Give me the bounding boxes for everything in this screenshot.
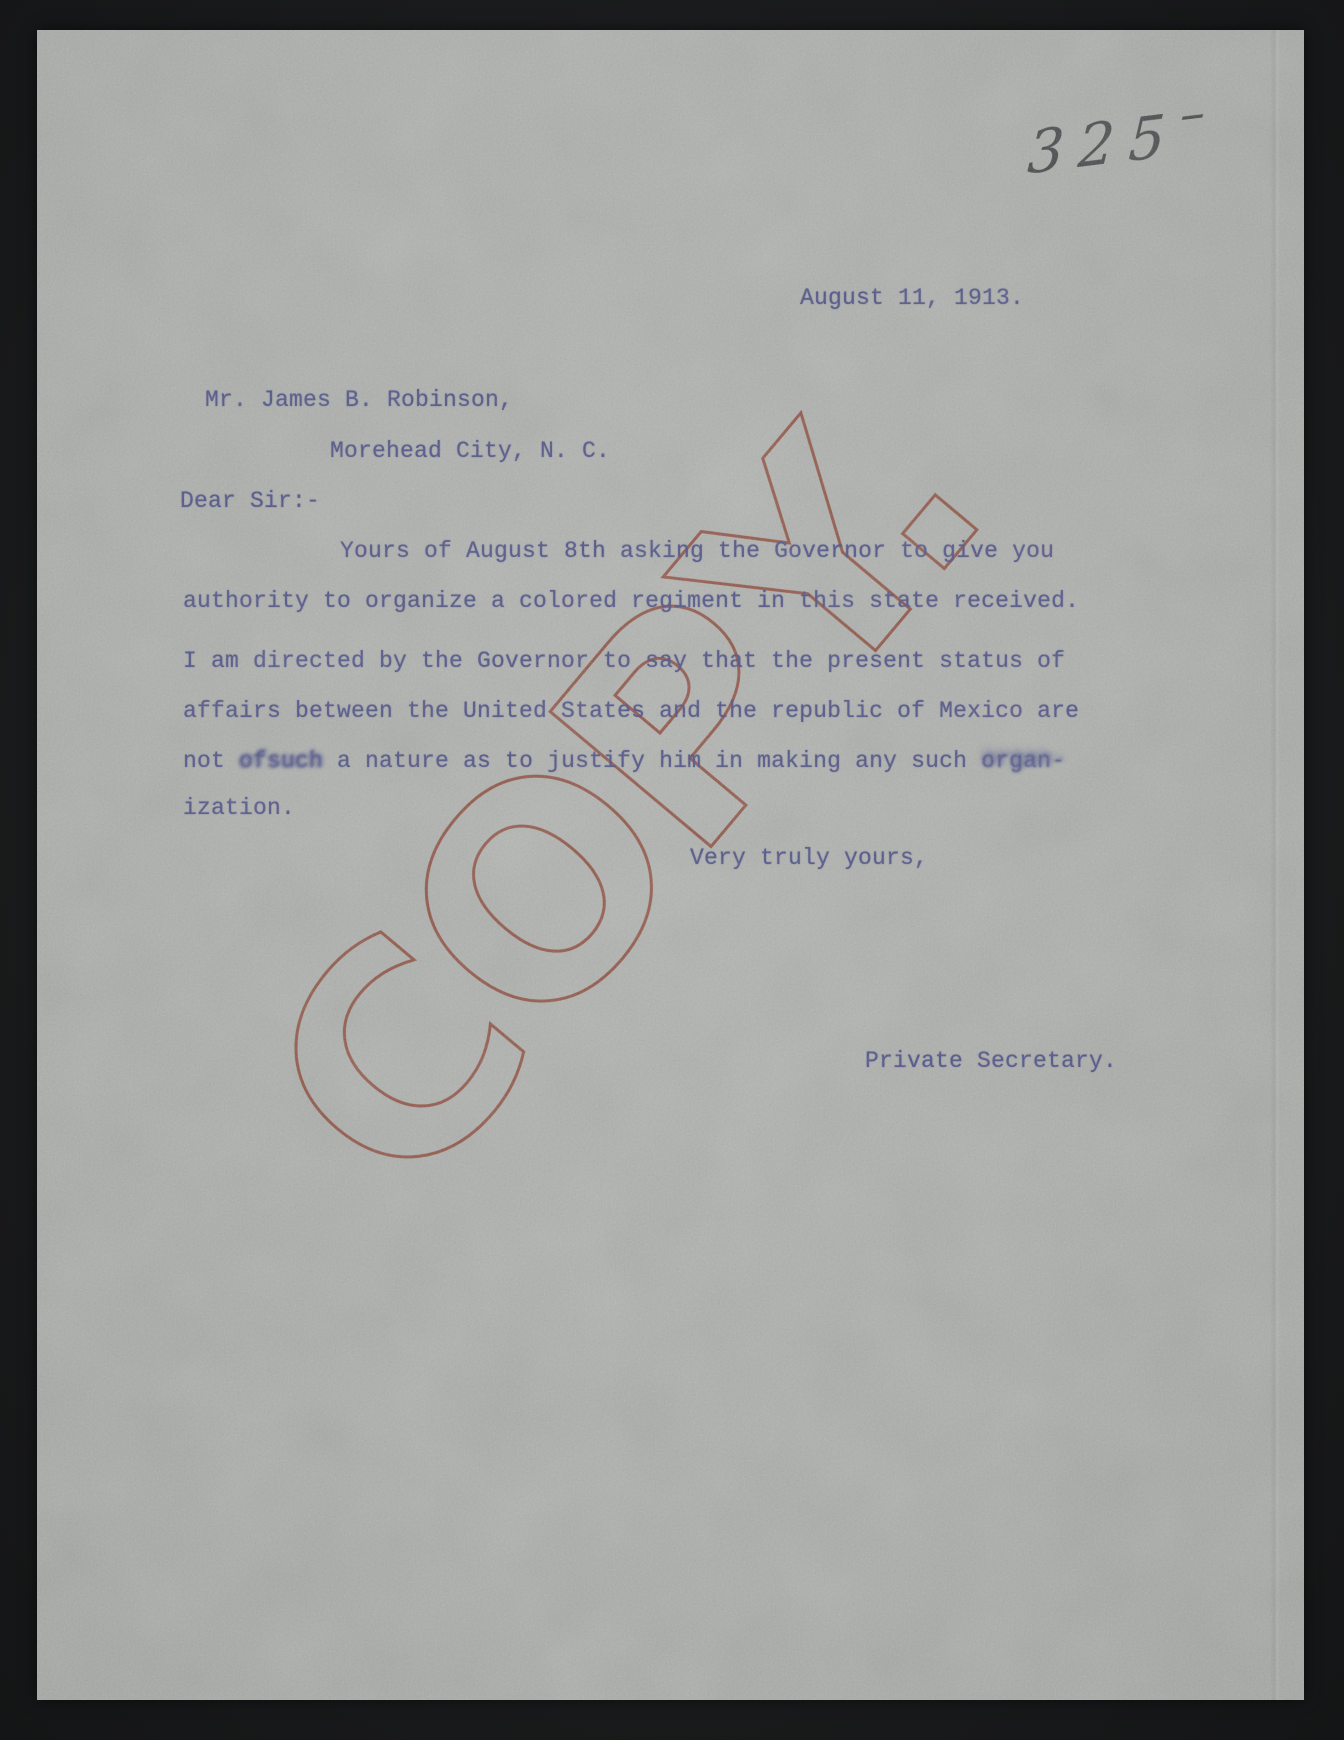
folio-digits: 325 xyxy=(1026,100,1181,188)
handwritten-folio-number: 325– xyxy=(1026,97,1206,188)
closing: Very truly yours, xyxy=(690,845,928,871)
body-line: affairs between the United States and th… xyxy=(183,698,1079,724)
body-line: ization. xyxy=(183,795,295,821)
folio-dash: – xyxy=(1179,82,1207,144)
body-line: not ofsuch a nature as to justify him in… xyxy=(183,748,1065,774)
body-line: Yours of August 8th asking the Governor … xyxy=(340,538,1054,564)
body-segment: not xyxy=(183,748,239,774)
scan-backdrop: { "letter": { "folio_number": "325", "fo… xyxy=(0,0,1344,1740)
body-line: authority to organize a colored regiment… xyxy=(183,588,1079,614)
letter-page: COPY. 325– August 11, 1913. Mr. James B.… xyxy=(37,30,1304,1700)
recipient-name: Mr. James B. Robinson, xyxy=(205,387,513,413)
salutation: Dear Sir:- xyxy=(180,488,320,514)
body-line: I am directed by the Governor to say tha… xyxy=(183,648,1065,674)
signature-title: Private Secretary. xyxy=(865,1048,1117,1074)
body-segment-smudged: ofsuch xyxy=(239,748,323,774)
date-line: August 11, 1913. xyxy=(800,285,1024,311)
body-segment: a nature as to justify him in making any… xyxy=(323,748,981,774)
body-segment-smudged: organ- xyxy=(981,748,1065,774)
recipient-address: Morehead City, N. C. xyxy=(330,438,610,464)
paper-crease xyxy=(1270,30,1280,1700)
